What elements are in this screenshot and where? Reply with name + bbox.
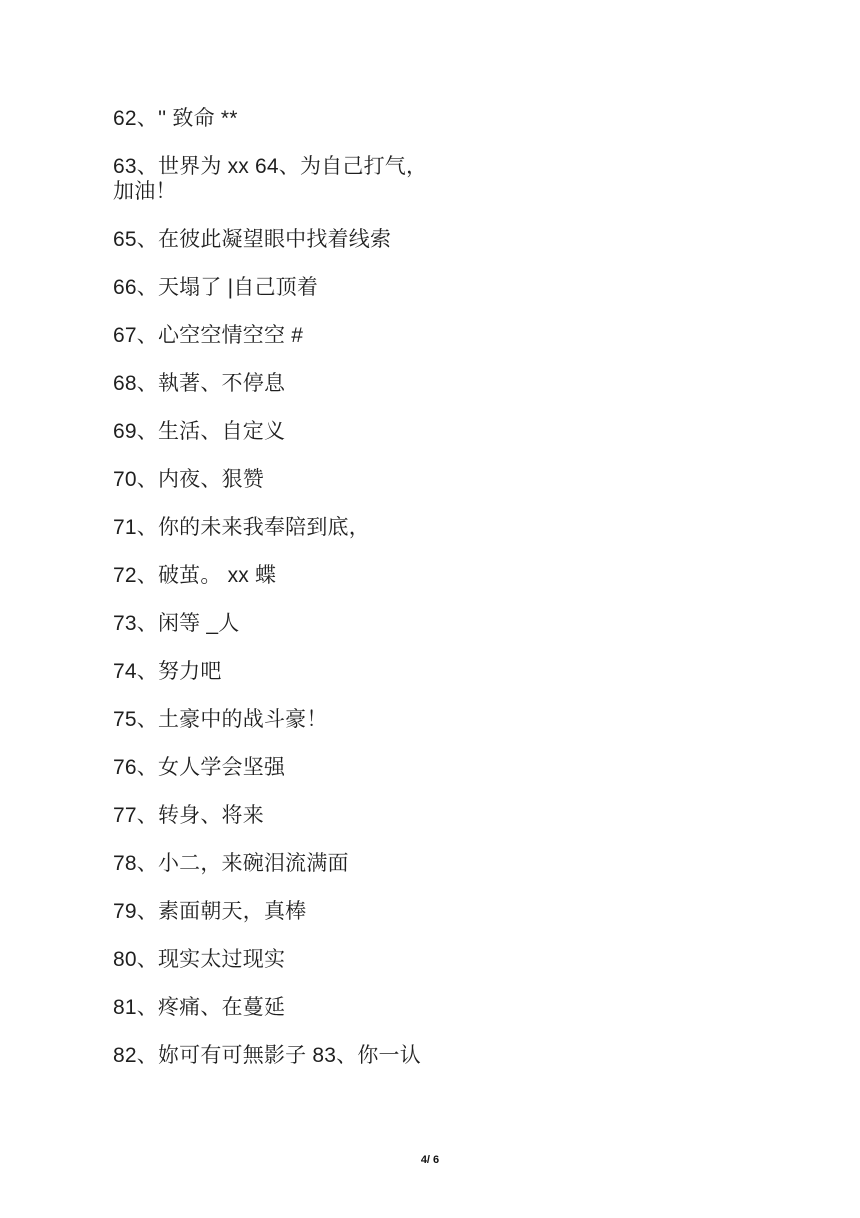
list-item: 69、生活、自定义 (113, 419, 753, 444)
list-item: 68、執著、不停息 (113, 371, 753, 396)
list-item: 70、内夜、狠赞 (113, 467, 753, 492)
document-page: 62、'' 致命 ** 63、世界为 xx 64、为自己打气， 加油！ 65、在… (0, 0, 860, 1218)
list-item: 74、努力吧 (113, 659, 753, 684)
list-item: 73、闲等 _人 (113, 611, 753, 636)
list-item: 76、女人学会坚强 (113, 755, 753, 780)
page-number: 4/ 6 (0, 1154, 860, 1166)
list-item: 78、小二，来碗泪流满面 (113, 851, 753, 876)
list-item: 82、妳可有可無影子 83、你一认 (113, 1043, 753, 1068)
list-item: 80、现实太过现实 (113, 947, 753, 972)
list-item: 75、土豪中的战斗豪！ (113, 707, 753, 732)
list-item: 81、疼痛、在蔓延 (113, 995, 753, 1020)
list-item: 63、世界为 xx 64、为自己打气， 加油！ (113, 154, 753, 204)
list-item: 72、破茧。 xx 蝶 (113, 563, 753, 588)
list-item: 66、天塌了 |自己顶着 (113, 275, 753, 300)
list-item: 62、'' 致命 ** (113, 106, 753, 131)
list-item: 65、在彼此凝望眼中找着线索 (113, 227, 753, 252)
list-item: 71、你的未来我奉陪到底， (113, 515, 753, 540)
list-item: 77、转身、将来 (113, 803, 753, 828)
list-item: 79、素面朝天，真棒 (113, 899, 753, 924)
document-body: 62、'' 致命 ** 63、世界为 xx 64、为自己打气， 加油！ 65、在… (113, 106, 753, 1091)
list-item: 67、心空空情空空 # (113, 323, 753, 348)
